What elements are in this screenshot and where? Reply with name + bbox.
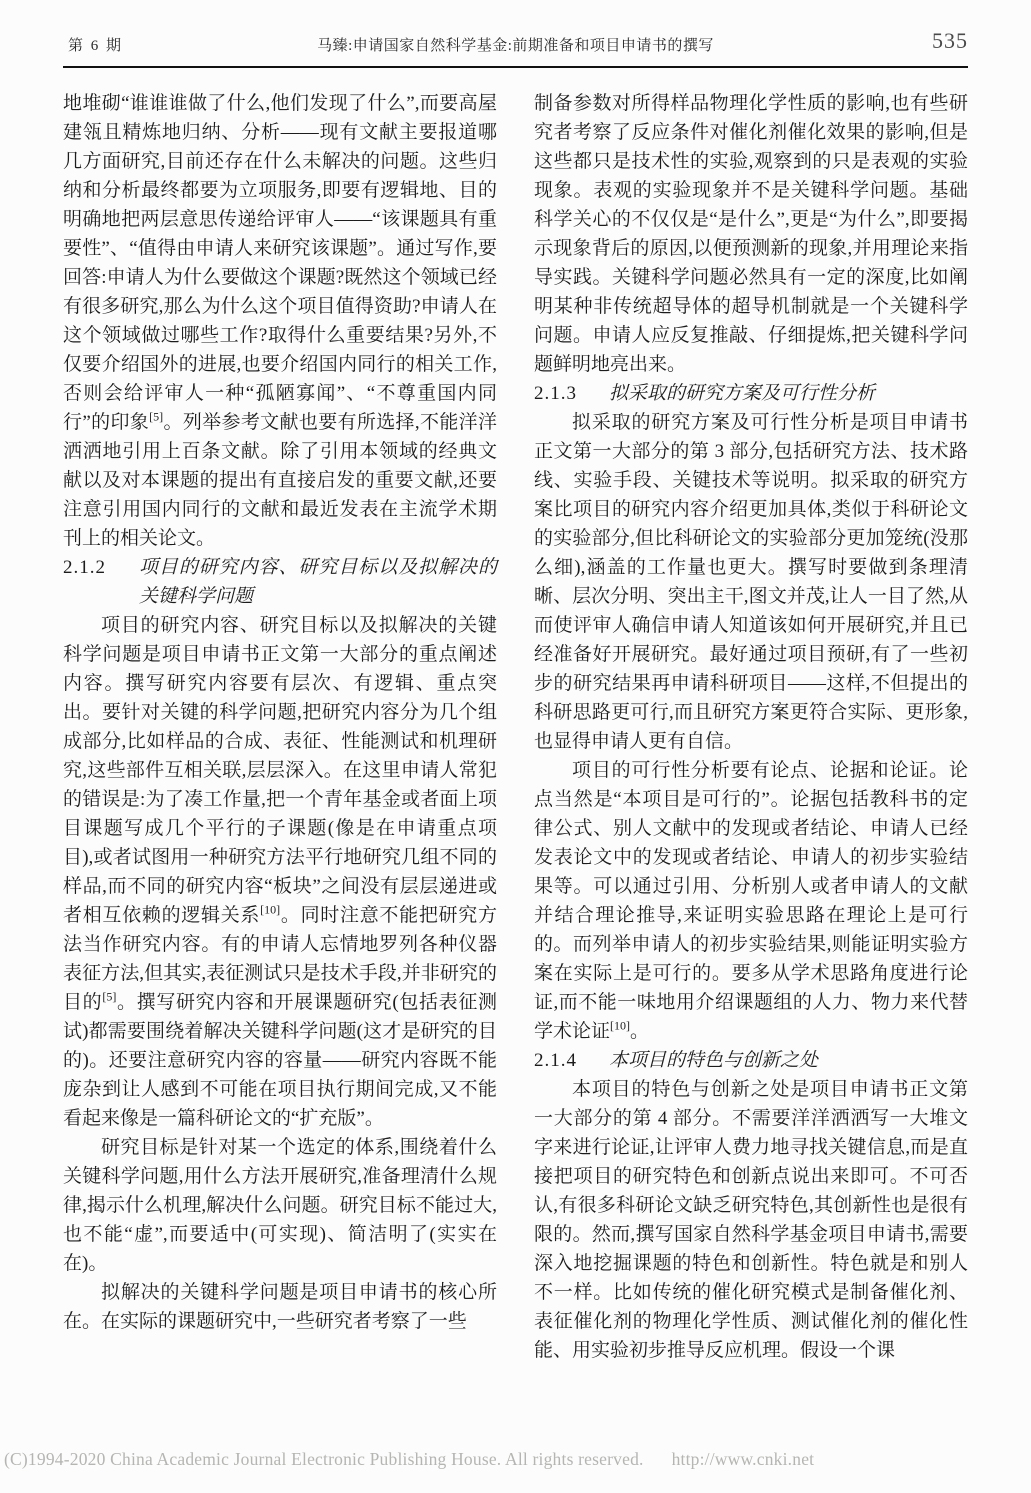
- reference-superscript: [10]: [260, 903, 280, 917]
- paragraph: 拟采取的研究方案及可行性分析是项目申请书正文第一大部分的第 3 部分,包括研究方…: [534, 408, 968, 756]
- page-number: 535: [932, 28, 968, 54]
- paragraph: 拟解决的关键科学问题是项目申请书的核心所在。在实际的课题研究中,一些研究者考察了…: [63, 1278, 497, 1336]
- footer-url: http://www.cnki.net: [672, 1449, 815, 1469]
- paragraph: 制备参数对所得样品物理化学性质的影响,也有些研究者考察了反应条件对催化剂催化效果…: [534, 89, 968, 379]
- section-number: 2.1.2: [63, 557, 106, 578]
- text-column-left: 地堆砌“谁谁谁做了什么,他们发现了什么”,而要高屋建瓴且精炼地归纳、分析——现有…: [63, 89, 497, 1365]
- section-heading-2-1-4: 2.1.4本项目的特色与创新之处: [534, 1046, 968, 1075]
- reference-superscript: [5]: [102, 990, 116, 1004]
- page-footer: (C)1994-2020 China Academic Journal Elec…: [4, 1449, 1004, 1470]
- section-title: 拟采取的研究方案及可行性分析: [609, 383, 875, 404]
- section-number: 2.1.4: [534, 1050, 577, 1071]
- section-number: 2.1.3: [534, 383, 577, 404]
- header-rule: [63, 66, 968, 68]
- paragraph: 项目的研究内容、研究目标以及拟解决的关键科学问题是项目申请书正文第一大部分的重点…: [63, 611, 497, 1133]
- section-title: 项目的研究内容、研究目标以及拟解决的关键科学问题: [138, 557, 497, 607]
- section-heading-2-1-2: 2.1.2项目的研究内容、研究目标以及拟解决的关键科学问题: [63, 553, 497, 611]
- reference-superscript: [10]: [610, 1019, 630, 1033]
- page-header: 第 6 期 马臻:申请国家自然科学基金:前期准备和项目申请书的撰写 535: [63, 30, 968, 56]
- paragraph: 研究目标是针对某一个选定的体系,围绕着什么关键科学问题,用什么方法开展研究,准备…: [63, 1133, 497, 1278]
- paragraph: 本项目的特色与创新之处是项目申请书正文第一大部分的第 4 部分。不需要洋洋洒洒写…: [534, 1075, 968, 1365]
- section-heading-2-1-3: 2.1.3拟采取的研究方案及可行性分析: [534, 379, 968, 408]
- paragraph: 项目的可行性分析要有论点、论据和论证。论点当然是“本项目是可行的”。论据包括教科…: [534, 756, 968, 1046]
- journal-page: 第 6 期 马臻:申请国家自然科学基金:前期准备和项目申请书的撰写 535 地堆…: [0, 0, 1031, 1493]
- section-title: 本项目的特色与创新之处: [609, 1050, 818, 1071]
- running-title: 马臻:申请国家自然科学基金:前期准备和项目申请书的撰写: [63, 34, 968, 55]
- paragraph: 地堆砌“谁谁谁做了什么,他们发现了什么”,而要高屋建瓴且精炼地归纳、分析——现有…: [63, 89, 497, 553]
- text-column-right: 制备参数对所得样品物理化学性质的影响,也有些研究者考察了反应条件对催化剂催化效果…: [534, 89, 968, 1365]
- footer-copyright: (C)1994-2020 China Academic Journal Elec…: [4, 1449, 644, 1469]
- article-body: 地堆砌“谁谁谁做了什么,他们发现了什么”,而要高屋建瓴且精炼地归纳、分析——现有…: [63, 89, 968, 1365]
- reference-superscript: [5]: [149, 410, 163, 424]
